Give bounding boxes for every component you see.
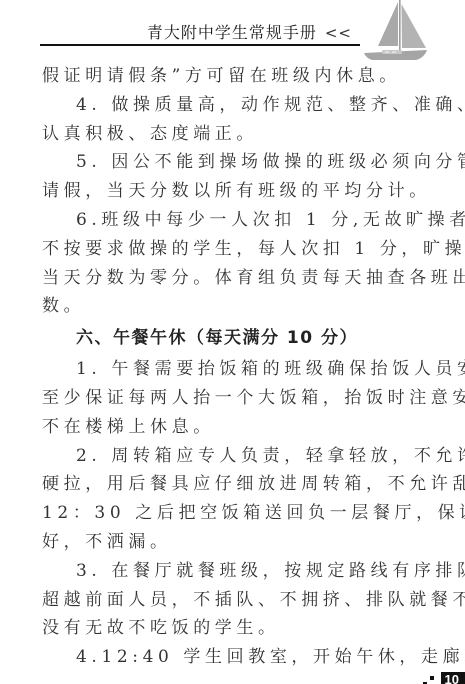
text-line: 1. 午餐需要抬饭箱的班级确保抬饭人员安全， <box>42 355 430 384</box>
running-header: 青大附中学生常规手册<< <box>40 0 360 47</box>
header-rule <box>40 44 360 46</box>
text-line: 超越前面人员，不插队、不拥挤、排队就餐不说话， <box>42 586 430 615</box>
text-line: 5. 因公不能到操场做操的班级必须向分管领导 <box>42 148 430 177</box>
text-line: 6.班级中每少一人次扣 1 分,无故旷操者扣 2 分, <box>42 206 430 235</box>
text-line: 好，不洒漏。 <box>42 528 430 557</box>
text-line: 硬拉，用后餐具应仔细放进周转箱，不允许乱扔。 <box>42 470 430 499</box>
text-line: 数。 <box>42 292 430 321</box>
section-heading: 六、午餐午休（每天满分 10 分） <box>42 321 430 355</box>
text-line: 4. 做操质量高，动作规范、整齐、准确、到位。 <box>42 91 430 120</box>
text-line: 4.12:40 学生回教室，开始午休，走廊和办公室 <box>42 643 430 672</box>
sailboat-icon <box>362 0 430 64</box>
text-line: 不在楼梯上休息。 <box>42 413 430 442</box>
handbook-title: 青大附中学生常规手册<< <box>147 20 352 43</box>
text-line: 12：30 之后把空饭箱送回负一层餐厅，保证餐具完 <box>42 499 430 528</box>
decorative-dots-icon <box>423 674 437 684</box>
text-line: 3. 在餐厅就餐班级，按规定路线有序排队，不 <box>42 557 430 586</box>
text-line: 不按要求做操的学生，每人次扣 1 分，旷操的班级 <box>42 235 430 264</box>
text-line: 请假，当天分数以所有班级的平均分计。 <box>42 177 430 206</box>
text-line: 2. 周转箱应专人负责，轻拿轻放，不允许强推 <box>42 442 430 471</box>
handbook-title-text: 青大附中学生常规手册 <box>147 23 317 42</box>
dot <box>430 676 434 680</box>
document-body: 假证明请假条”方可留在班级内休息。 4. 做操质量高，动作规范、整齐、准确、到位… <box>42 62 430 672</box>
text-line: 认真积极、态度端正。 <box>42 120 430 149</box>
text-line: 当天分数为零分。体育组负责每天抽查各班出勤人 <box>42 264 430 293</box>
text-line: 假证明请假条”方可留在班级内休息。 <box>42 62 430 91</box>
text-line: 没有无故不吃饭的学生。 <box>42 614 430 643</box>
double-chevron-left-icon: << <box>325 24 352 42</box>
page-footer: 10 <box>423 672 465 684</box>
page-number: 10 <box>441 672 465 684</box>
text-line: 至少保证每两人抬一个大饭箱，抬饭时注意安全， <box>42 384 430 413</box>
